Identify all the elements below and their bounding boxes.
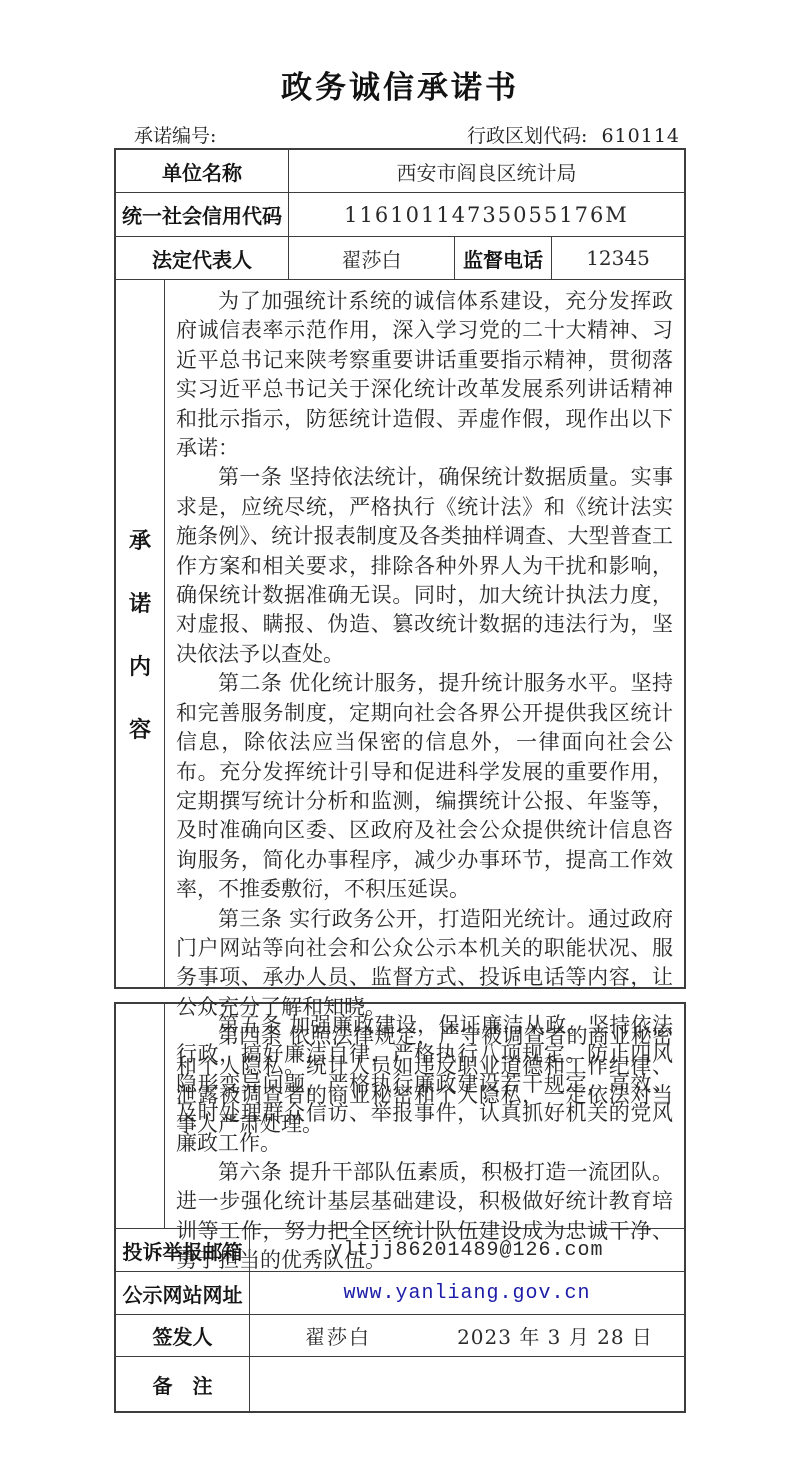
legal-rep-label: 法定代表人 <box>116 237 288 279</box>
page-title: 政务诚信承诺书 <box>0 0 800 107</box>
website-link[interactable]: www.yanliang.gov.cn <box>249 1272 684 1314</box>
signer-cell: 翟莎白 2023 年 3 月 28 日 <box>249 1315 684 1356</box>
header-meta: 承诺编号: 行政区划代码: 610114 <box>114 121 686 148</box>
info-table: 单位名称 西安市阎良区统计局 统一社会信用代码 1161011473505517… <box>114 148 686 989</box>
commitment-paragraph: 第一条 坚持依法统计，确保统计数据质量。实事求是，应统尽统，严格执行《统计法》和… <box>176 463 673 669</box>
unit-name-label: 单位名称 <box>116 150 288 192</box>
side-char: 承 <box>129 524 151 555</box>
side-char: 内 <box>129 650 151 681</box>
region-code-label: 行政区划代码: <box>467 125 587 147</box>
legal-rep-value: 翟莎白 <box>288 237 454 279</box>
complaint-email-label: 投诉举报邮箱 <box>116 1229 249 1271</box>
side-char: 容 <box>129 713 151 744</box>
table-row-remark: 备 注 <box>116 1356 684 1411</box>
footer-table: 第五条 加强廉政建设，保证廉洁从政。坚持依法行政，搞好廉洁自律，严格执行八项规定… <box>114 1002 686 1413</box>
promise-number: 承诺编号: <box>134 121 216 148</box>
table-row-legal-rep: 法定代表人 翟莎白 监督电话 12345 <box>116 236 684 279</box>
commitment-side-spacer <box>116 1004 164 1228</box>
commitment-content-continued: 第五条 加强廉政建设，保证廉洁从政。坚持依法行政，搞好廉洁自律，严格执行八项规定… <box>164 1004 684 1228</box>
region-code: 行政区划代码: 610114 <box>467 121 680 148</box>
table-row-website: 公示网站网址 www.yanliang.gov.cn <box>116 1271 684 1314</box>
commitment-paragraph: 第五条 加强廉政建设，保证廉洁从政。坚持依法行政，搞好廉洁自律，严格执行八项规定… <box>176 1011 673 1158</box>
side-char: 诺 <box>129 587 151 618</box>
table-row-signer: 签发人 翟莎白 2023 年 3 月 28 日 <box>116 1314 684 1356</box>
complaint-email-value: yltjj86201489@126.com <box>249 1229 684 1271</box>
table-row-unit-name: 单位名称 西安市阎良区统计局 <box>116 150 684 192</box>
remark-label: 备 注 <box>116 1357 249 1411</box>
document-page: 政务诚信承诺书 承诺编号: 行政区划代码: 610114 单位名称 西安市阎良区… <box>0 0 800 1474</box>
remark-value <box>249 1357 684 1411</box>
table-row-credit-code: 统一社会信用代码 11610114735055176M <box>116 192 684 236</box>
signer-label: 签发人 <box>116 1315 249 1356</box>
table-row-email: 投诉举报邮箱 yltjj86201489@126.com <box>116 1228 684 1271</box>
table-row-commitment-continued: 第五条 加强廉政建设，保证廉洁从政。坚持依法行政，搞好廉洁自律，严格执行八项规定… <box>116 1004 684 1228</box>
commitment-side-label: 承 诺 内 容 <box>116 280 164 987</box>
signer-date: 2023 年 3 月 28 日 <box>426 1321 684 1350</box>
unit-name-value: 西安市阎良区统计局 <box>288 150 684 192</box>
table-row-commitment: 承 诺 内 容 为了加强统计系统的诚信体系建设，充分发挥政府诚信表率示范作用，深… <box>116 279 684 987</box>
region-code-value: 610114 <box>601 125 680 147</box>
commitment-paragraph: 第二条 优化统计服务，提升统计服务水平。坚持和完善服务制度，定期向社会各界公开提… <box>176 669 673 904</box>
commitment-paragraph: 为了加强统计系统的诚信体系建设，充分发挥政府诚信表率示范作用，深入学习党的二十大… <box>176 287 673 463</box>
promise-number-label: 承诺编号: <box>134 125 216 147</box>
credit-code-value: 11610114735055176M <box>288 193 684 236</box>
website-label: 公示网站网址 <box>116 1272 249 1314</box>
supervision-phone-label: 监督电话 <box>454 237 551 279</box>
credit-code-label: 统一社会信用代码 <box>116 193 288 236</box>
signer-name: 翟莎白 <box>250 1321 426 1350</box>
supervision-phone-value: 12345 <box>551 237 684 279</box>
commitment-content: 为了加强统计系统的诚信体系建设，充分发挥政府诚信表率示范作用，深入学习党的二十大… <box>164 280 684 987</box>
